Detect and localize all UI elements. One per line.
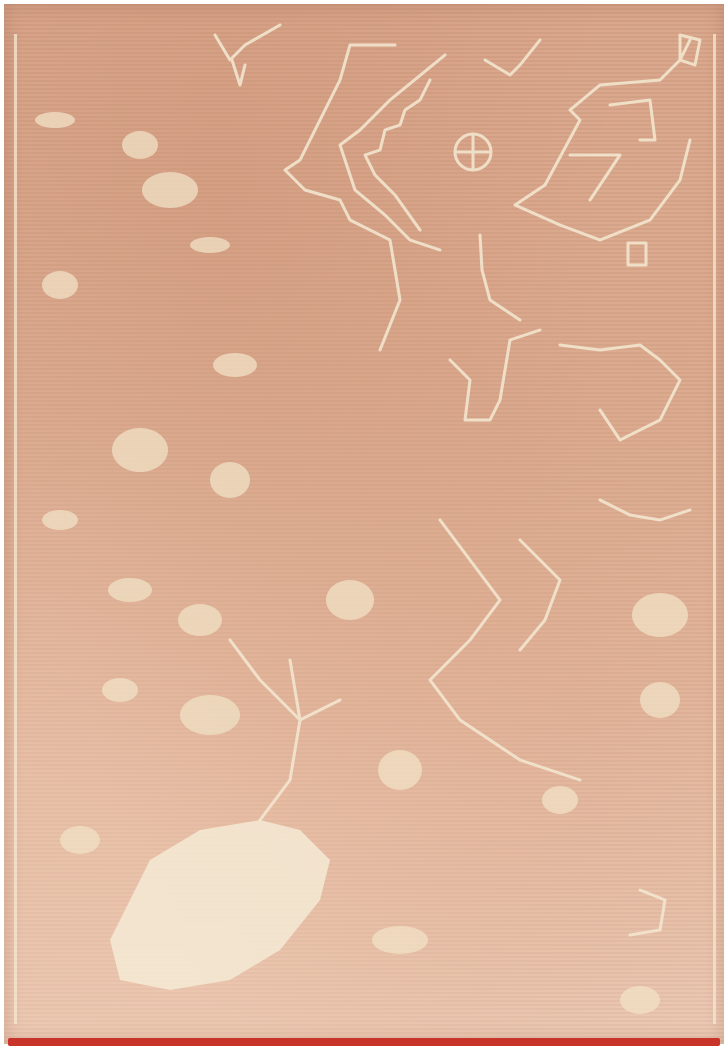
hook-motif: [630, 890, 665, 935]
leaf-motif: [35, 112, 75, 128]
central-medallion-motif: [430, 520, 580, 780]
branch-motif: [480, 235, 520, 320]
small-bird-motif: [215, 25, 280, 60]
pale-blob-motif: [110, 820, 330, 990]
large-bird-motif: [515, 40, 690, 240]
rug-motifs: [0, 0, 728, 1050]
stepped-bird-motif: [285, 45, 400, 350]
small-bird-motif-2: [485, 40, 540, 75]
